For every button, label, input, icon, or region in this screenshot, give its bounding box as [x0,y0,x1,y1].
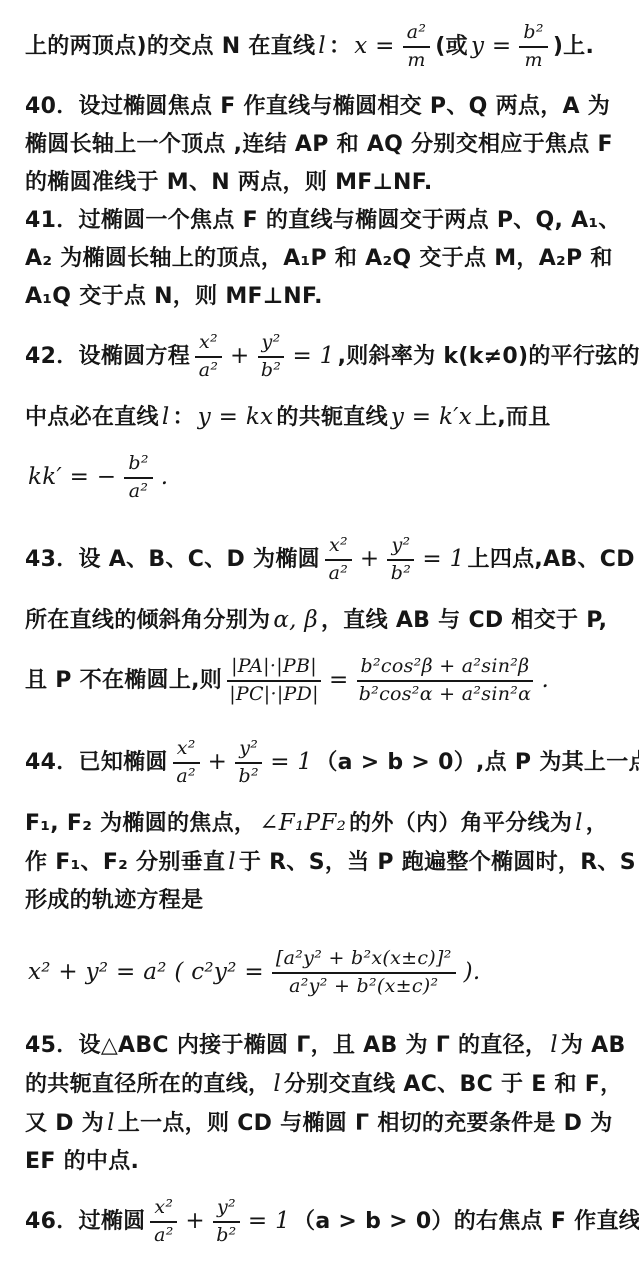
math-text: + [230,343,250,371]
item40-line3: 的椭圆准线于 M、N 两点，则 MF⊥NF. [25,164,617,202]
body-text: 46．过椭圆 [25,1209,145,1235]
body-text: 42．设椭圆方程 [25,344,190,370]
math-text: + [185,1208,205,1236]
fraction-denominator: b² [216,1223,236,1248]
fraction-denominator: a² [154,1223,174,1248]
item43-line1: 43．设 A、B、C、D 为椭圆x²a²+y²b²= 1上四点,AB、CD [25,519,617,601]
item45-line3: 又 D 为l上一点，则 CD 与椭圆 Γ 相切的充要条件是 D 为 [25,1104,617,1143]
body-text: ： [329,34,351,60]
item45-line4: EF 的中点. [25,1143,617,1181]
item42-line1: 42．设椭圆方程x²a²+y²b²= 1,则斜率为 k(k≠0)的平行弦的 [25,316,617,398]
fraction-denominator: a²y² + b²(x±c)² [289,974,438,999]
math-fraction: y²b² [258,331,285,383]
math-text: = 1 [422,546,464,574]
body-text: ， [586,811,608,836]
item44-line2: F₁, F₂ 为椭圆的焦点，∠F₁PF₂的外（内）角平分线为l， [25,804,617,843]
body-text: （a > b > 0）的右焦点 F 作直线交 [293,1209,639,1235]
item43-formula: 且 P 不在椭圆上,则|PA|·|PB||PC|·|PD|=b²cos²β + … [25,640,617,722]
math-text: + [360,546,380,574]
math-text: y = k′x [391,404,472,430]
math-fraction: b²a² [124,452,152,504]
math-fraction: |PA|·|PB||PC|·|PD| [227,655,321,707]
body-text: ，直线 AB 与 CD 相交于 P, [321,608,607,633]
page: { "colors": { "background": "#ffffff", "… [0,0,639,1279]
item45-line1: 45．设△ABC 内接于椭圆 Γ，且 AB 为 Γ 的直径，l为 AB [25,1026,617,1065]
math-fraction: x²a² [325,534,352,586]
math-text: = 1 [270,749,312,777]
item40-line1: 40．设过椭圆焦点 F 作直线与椭圆相交 P、Q 两点，A 为 [25,88,617,126]
body-text: (或 [435,34,468,60]
fraction-numerator: a² [403,21,431,48]
item44-line1: 44．已知椭圆x²a²+y²b²= 1（a > b > 0）,点 P 为其上一点 [25,722,617,804]
body-text: A₁Q 交于点 N，则 MF⊥NF. [25,284,323,309]
math-text: = 1 [292,343,334,371]
item42-line2: 中点必在直线l：y = kx的共轭直线y = k′x上,而且 [25,398,617,437]
fraction-denominator: a² [129,479,149,504]
body-text: 于 R、S，当 P 跑遍整个椭圆时，R、S [239,850,636,875]
math-text: y = [471,33,511,61]
body-text: F₁, F₂ 为椭圆的焦点， [25,811,256,836]
item41-line3: A₁Q 交于点 N，则 MF⊥NF. [25,278,617,316]
body-text: EF 的中点. [25,1149,139,1174]
body-text: 为 AB [561,1033,626,1058]
body-text: 的椭圆准线于 M、N 两点，则 MF⊥NF. [25,170,432,195]
math-fraction: [a²y² + b²x(x±c)]²a²y² + b²(x±c)² [272,947,456,999]
item41-line2: A₂ 为椭圆长轴上的顶点，A₁P 和 A₂Q 交于点 M，A₂P 和 [25,240,617,278]
math-text: α, β [273,607,318,633]
math-fraction: x²a² [195,331,222,383]
body-text: 的共轭直径所在的直线， [25,1072,270,1097]
fraction-denominator: b² [239,764,259,789]
math-fraction: b²cos²β + a²sin²βb²cos²α + a²sin²α [357,655,534,707]
fraction-numerator: y² [213,1196,240,1223]
fraction-numerator: |PA|·|PB| [227,655,321,682]
body-text: 上的两顶点)的交点 N 在直线 [25,34,315,60]
item41-line1: 41．过椭圆一个焦点 F 的直线与椭圆交于两点 P、Q, A₁、 [25,202,617,240]
fraction-numerator: y² [387,534,414,561]
math-fraction: b²m [519,21,547,73]
body-text: 41．过椭圆一个焦点 F 的直线与椭圆交于两点 P、Q, A₁、 [25,208,621,233]
item44-formula: x² + y² = a² ( c²y² =[a²y² + b²x(x±c)]²a… [25,920,617,1026]
body-text: 上四点,AB、CD [468,547,635,573]
body-text: 上,而且 [475,405,551,430]
math-text: = [329,667,349,695]
math-fraction: y²b² [213,1196,240,1248]
fraction-numerator: b² [124,452,152,479]
body-text: 44．已知椭圆 [25,750,168,776]
fraction-denominator: m [524,48,542,73]
math-fraction: y²b² [235,737,262,789]
math-fraction: x²a² [150,1196,177,1248]
math-text: l [318,33,326,61]
math-text: y = kx [198,404,274,430]
math-text: kk′ = − [28,464,116,492]
fraction-denominator: a² [199,358,219,383]
fraction-denominator: b² [391,561,411,586]
document-page: 上的两顶点)的交点 N 在直线l：x =a²m(或y =b²m)上.40．设过椭… [0,0,639,1279]
fraction-numerator: b²cos²β + a²sin²β [357,655,534,682]
item44-line3: 作 F₁、F₂ 分别垂直l于 R、S，当 P 跑遍整个椭圆时，R、S [25,843,617,882]
item40-line2: 椭圆长轴上一个顶点 ,连结 AP 和 AQ 分别交相应于焦点 F [25,126,617,164]
fraction-denominator: b² [261,358,281,383]
math-text: . [541,667,549,695]
body-text: 形成的轨迹方程是 [25,888,203,913]
fraction-numerator: x² [150,1196,177,1223]
body-text: 43．设 A、B、C、D 为椭圆 [25,547,320,573]
fraction-denominator: a² [329,561,349,586]
body-text: )上. [553,34,594,60]
body-text: 45．设△ABC 内接于椭圆 Γ，且 AB 为 Γ 的直径， [25,1033,547,1058]
fraction-numerator: x² [173,737,200,764]
math-text: l [162,404,170,430]
body-text: 40．设过椭圆焦点 F 作直线与椭圆相交 P、Q 两点，A 为 [25,94,610,119]
body-text: 作 F₁、F₂ 分别垂直 [25,850,225,875]
math-fraction: y²b² [387,534,414,586]
body-text: 上一点，则 CD 与椭圆 Γ 相切的充要条件是 D 为 [118,1111,613,1136]
math-text: . [161,464,169,492]
item46-line1: 46．过椭圆x²a²+y²b²= 1（a > b > 0）的右焦点 F 作直线交 [25,1181,617,1263]
math-text: l [575,810,583,836]
math-text: ∠F₁PF₂ [259,810,346,836]
fraction-numerator: x² [325,534,352,561]
math-text: x² + y² = a² ( c²y² = [28,959,264,987]
body-text: 中点必在直线 [25,405,159,430]
fraction-denominator: a² [176,764,196,789]
fraction-numerator: y² [258,331,285,358]
fraction-denominator: m [407,48,425,73]
fraction-numerator: [a²y² + b²x(x±c)]² [272,947,456,974]
math-text: l [550,1032,558,1058]
math-text: l [107,1110,115,1136]
body-text: 分别交直线 AC、BC 于 E 和 F， [284,1072,622,1097]
fraction-denominator: b²cos²α + a²sin²α [359,682,532,707]
item45-line2: 的共轭直径所在的直线，l分别交直线 AC、BC 于 E 和 F， [25,1065,617,1104]
math-text: + [208,749,228,777]
item42-formula: kk′ = −b²a². [25,437,617,519]
math-text: ). [464,959,481,987]
fraction-numerator: y² [235,737,262,764]
math-text: = 1 [248,1208,290,1236]
item43-line2: 所在直线的倾斜角分别为α, β，直线 AB 与 CD 相交于 P, [25,601,617,640]
item44-line4: 形成的轨迹方程是 [25,882,617,920]
fraction-numerator: b² [519,21,547,48]
math-text: l [273,1071,281,1097]
math-text: x = [354,33,394,61]
body-text: ： [172,405,194,430]
body-text: 的外（内）角平分线为 [349,811,572,836]
body-text: ,则斜率为 k(k≠0)的平行弦的 [338,344,639,370]
math-text: l [228,849,236,875]
body-text: 且 P 不在椭圆上,则 [25,668,222,694]
body-text: A₂ 为椭圆长轴上的顶点，A₁P 和 A₂Q 交于点 M，A₂P 和 [25,246,613,271]
math-fraction: x²a² [173,737,200,789]
body-text: 又 D 为 [25,1111,104,1136]
fraction-denominator: |PC|·|PD| [229,682,319,707]
body-text: 椭圆长轴上一个顶点 ,连结 AP 和 AQ 分别交相应于焦点 F [25,132,613,157]
body-text: 所在直线的倾斜角分别为 [25,608,270,633]
math-fraction: a²m [403,21,431,73]
body-text: 的共轭直线 [276,405,388,430]
item39-continuation: 上的两顶点)的交点 N 在直线l：x =a²m(或y =b²m)上. [25,6,617,88]
fraction-numerator: x² [195,331,222,358]
body-text: （a > b > 0）,点 P 为其上一点 [315,750,639,776]
